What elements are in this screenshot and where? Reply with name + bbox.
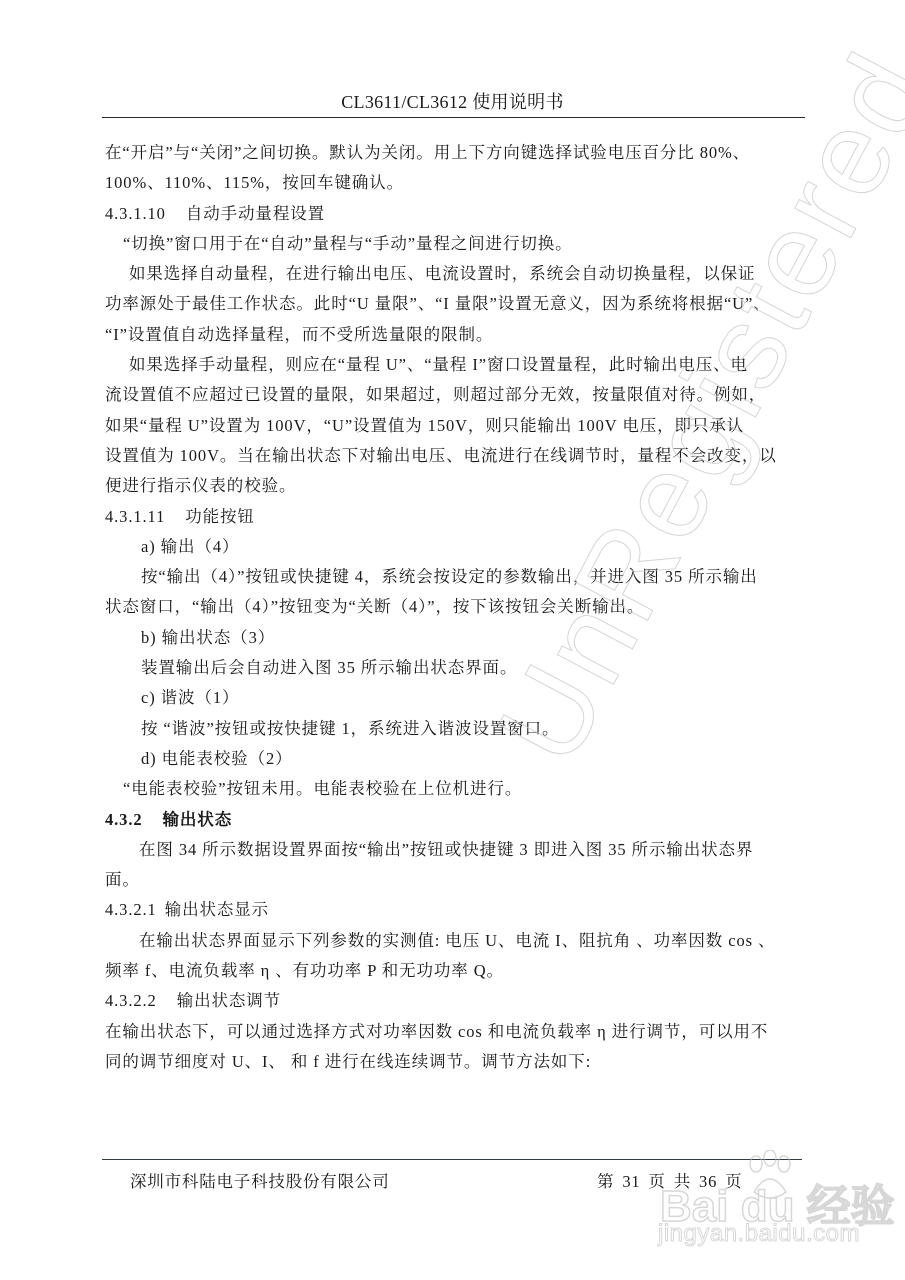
paragraph-line: 便进行指示仪表的校验。 <box>105 471 805 501</box>
current-page: 31 <box>622 1172 640 1191</box>
paragraph-line: “电能表校验”按钮未用。电能表校验在上位机进行。 <box>105 774 805 804</box>
paragraph-line: 如果“量程 U”设置为 100V，“U”设置值为 150V，则只能输出 100V… <box>105 411 805 441</box>
company-name: 深圳市科陆电子科技股份有限公司 <box>130 1168 390 1192</box>
total-pages: 36 <box>699 1172 717 1191</box>
list-item-b: b) 输出状态（3） <box>105 623 805 653</box>
section-number: 4.3.2.2 <box>105 991 157 1010</box>
list-item-a: a) 输出（4） <box>105 532 805 562</box>
paragraph-line: 100%、110%、115%，按回车键确认。 <box>105 168 805 198</box>
paragraph-line: “切换”窗口用于在“自动”量程与“手动”量程之间进行切换。 <box>105 229 805 259</box>
paragraph-line: 在“开启”与“关闭”之间切换。默认为关闭。用上下方向键选择试验电压百分比 80%… <box>105 138 805 168</box>
section-title: 输出状态显示 <box>165 900 269 919</box>
section-title: 功能按钮 <box>185 507 255 526</box>
section-heading-4-3-2: 4.3.2输出状态 <box>105 805 805 835</box>
paragraph-line: 在图 34 所示数据设置界面按“输出”按钮或快捷键 3 即进入图 35 所示输出… <box>105 835 805 865</box>
baidu-url: jingyan.baidu.com <box>658 1220 860 1248</box>
paragraph-line: 状态窗口，“输出（4）”按钮变为“关断（4）”，按下该按钮会关断输出。 <box>105 592 805 622</box>
list-item-d: d) 电能表校验（2） <box>105 744 805 774</box>
section-heading-4-3-2-2: 4.3.2.2输出状态调节 <box>105 986 805 1016</box>
list-item-c: c) 谐波（1） <box>105 683 805 713</box>
section-number: 4.3.2.1 <box>105 900 157 919</box>
section-number: 4.3.2 <box>105 810 143 829</box>
total-prefix: 共 <box>674 1172 691 1191</box>
paragraph-line: 面。 <box>105 865 805 895</box>
paragraph-line: 流设置值不应超过已设置的量限，如果超过，则超过部分无效，按量限值对待。例如， <box>105 380 805 410</box>
paragraph-line: 装置输出后会自动进入图 35 所示输出状态界面。 <box>105 653 805 683</box>
paragraph-line: 按 “谐波”按钮或按快捷键 1，系统进入谐波设置窗口。 <box>105 714 805 744</box>
paragraph-line: 同的调节细度对 U、I、 和 f 进行在线连续调节。调节方法如下: <box>105 1047 805 1077</box>
section-title: 输出状态 <box>163 810 233 829</box>
section-heading-4-3-1-11: 4.3.1.11功能按钮 <box>105 502 805 532</box>
paragraph-line: “I”设置值自动选择量程，而不受所选量限的限制。 <box>105 320 805 350</box>
section-number: 4.3.1.11 <box>105 507 165 526</box>
section-heading-4-3-2-1: 4.3.2.1输出状态显示 <box>105 895 805 925</box>
section-title: 输出状态调节 <box>177 991 281 1010</box>
paragraph-line: 功率源处于最佳工作状态。此时“U 量限”、“I 量限”设置无意义，因为系统将根据… <box>105 289 805 319</box>
total-unit: 页 <box>725 1172 742 1191</box>
header-divider <box>102 117 805 118</box>
paragraph-line: 设置值为 100V。当在输出状态下对输出电压、电流进行在线调节时，量程不会改变，… <box>105 441 805 471</box>
paragraph-line: 按“输出（4）”按钮或快捷键 4，系统会按设定的参数输出，并进入图 35 所示输… <box>105 562 805 592</box>
section-heading-4-3-1-10: 4.3.1.10自动手动量程设置 <box>105 199 805 229</box>
page-unit: 页 <box>648 1172 665 1191</box>
document-title: CL3611/CL3612 使用说明书 <box>0 88 905 114</box>
document-body: 在“开启”与“关闭”之间切换。默认为关闭。用上下方向键选择试验电压百分比 80%… <box>105 138 805 1077</box>
page-number: 第31页共36页 <box>597 1168 750 1192</box>
section-title: 自动手动量程设置 <box>186 204 325 223</box>
footer-divider <box>102 1159 802 1160</box>
page-prefix: 第 <box>597 1172 614 1191</box>
paragraph-line: 如果选择自动量程，在进行输出电压、电流设置时，系统会自动切换量程，以保证 <box>105 259 805 289</box>
paragraph-line: 频率 f、电流负载率 η 、有功功率 P 和无功功率 Q。 <box>105 956 805 986</box>
section-number: 4.3.1.10 <box>105 204 166 223</box>
paragraph-line: 在输出状态界面显示下列参数的实测值: 电压 U、电流 I、阻抗角 、功率因数 c… <box>105 926 805 956</box>
paragraph-line: 如果选择手动量程，则应在“量程 U”、“量程 I”窗口设置量程，此时输出电压、电 <box>105 350 805 380</box>
paragraph-line: 在输出状态下，可以通过选择方式对功率因数 cos 和电流负载率 η 进行调节，可… <box>105 1017 805 1047</box>
